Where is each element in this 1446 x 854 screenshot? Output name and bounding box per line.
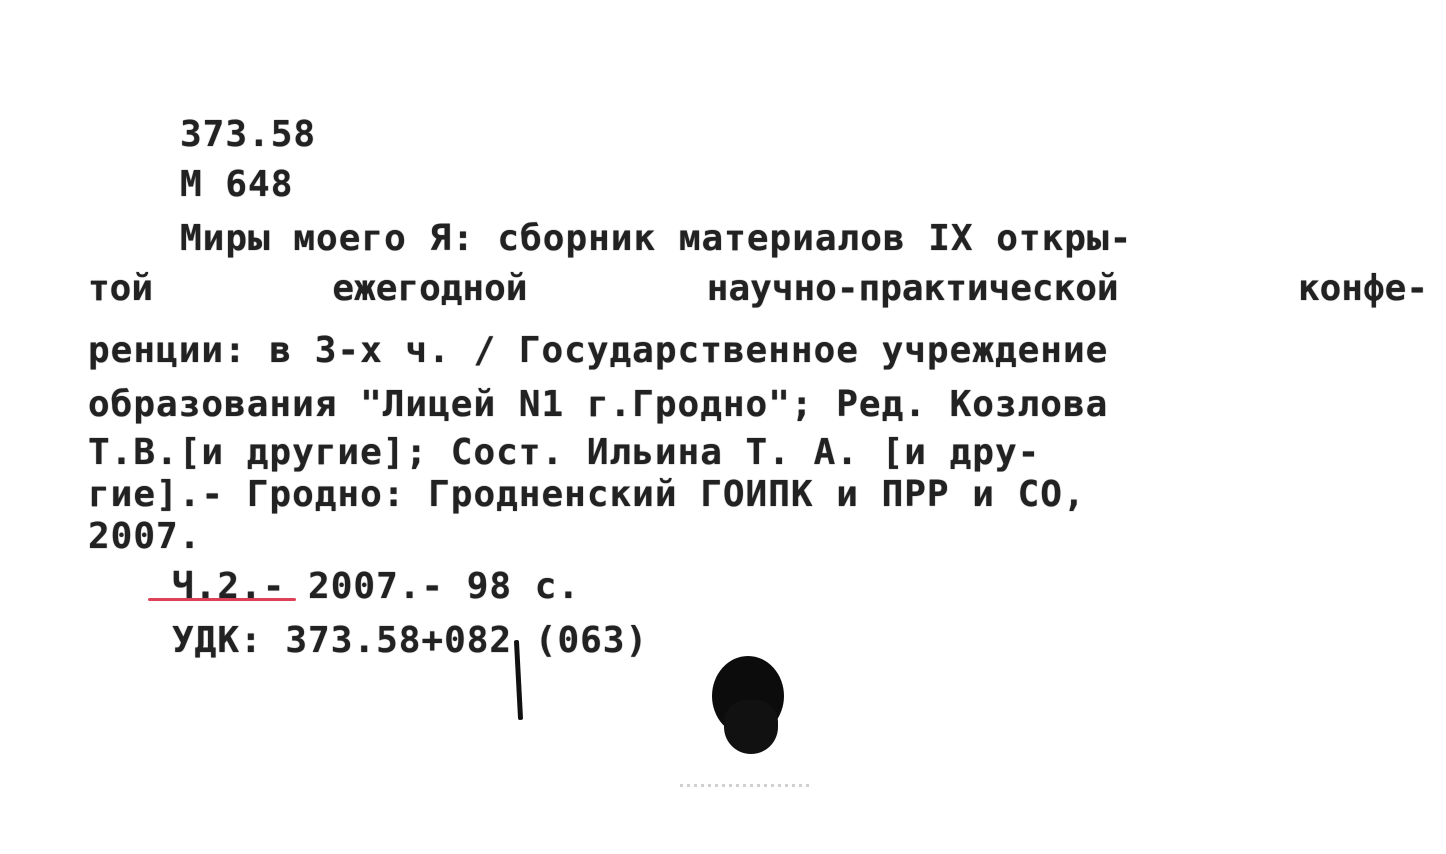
title-line-3: ренции: в 3-х ч. / Государственное учреж…: [88, 330, 1108, 372]
punch-hole-shadow: [724, 700, 778, 754]
title-line-5: Т.В.[и другие]; Сост. Ильина Т. А. [и др…: [88, 432, 1040, 474]
title-line-7: 2007.: [88, 516, 201, 558]
title-line-2-part: конфе-: [1298, 268, 1428, 310]
volume-line: Ч.2.- 2007.- 98 с.: [172, 566, 580, 608]
title-line-2-part: научно-практической: [707, 268, 1119, 310]
call-number: 373.58: [180, 114, 316, 156]
red-underline-mark: [148, 598, 296, 601]
catalog-card: 373.58 М 648 Миры моего Я: сборник матер…: [0, 0, 1446, 854]
udc-line: УДК: 373.58+082 (063): [172, 620, 648, 662]
title-line-6: гие].- Гродно: Гродненский ГОИПК и ПРР и…: [88, 474, 1086, 516]
title-line-4: образования "Лицей N1 г.Гродно"; Ред. Ко…: [88, 384, 1108, 426]
title-line-2-part: ежегодной: [332, 268, 527, 310]
title-line-2: тойежегоднойнаучно-практическойконфе-: [88, 268, 1428, 310]
title-line-2-part: той: [88, 268, 153, 310]
title-line-1: Миры моего Я: сборник материалов IX откр…: [180, 218, 1132, 260]
scan-speck: [680, 784, 810, 787]
author-mark: М 648: [180, 164, 293, 206]
